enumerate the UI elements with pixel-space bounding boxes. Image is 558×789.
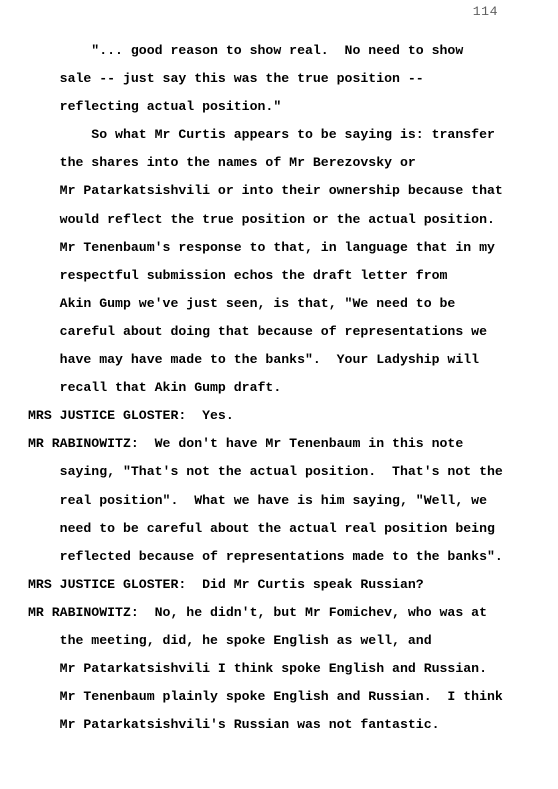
transcript-body: "... good reason to show real. No need t… (28, 37, 558, 739)
transcript-line: reflecting actual position." (28, 93, 558, 121)
transcript-line: Mr Tenenbaum plainly spoke English and R… (28, 683, 558, 711)
transcript-line-speaker: MRS JUSTICE GLOSTER: Yes. (28, 402, 558, 430)
transcript-page: 114 "... good reason to show real. No ne… (0, 0, 558, 789)
transcript-line: need to be careful about the actual real… (28, 515, 558, 543)
transcript-line: reflected because of representations mad… (28, 543, 558, 571)
transcript-line: have may have made to the banks". Your L… (28, 346, 558, 374)
transcript-line-speaker: MR RABINOWITZ: No, he didn't, but Mr Fom… (28, 599, 558, 627)
transcript-line: So what Mr Curtis appears to be saying i… (28, 121, 558, 149)
transcript-line: sale -- just say this was the true posit… (28, 65, 558, 93)
transcript-line: the meeting, did, he spoke English as we… (28, 627, 558, 655)
transcript-line: real position". What we have is him sayi… (28, 487, 558, 515)
transcript-line: careful about doing that because of repr… (28, 318, 558, 346)
transcript-line: Mr Patarkatsishvili I think spoke Englis… (28, 655, 558, 683)
transcript-line: Mr Patarkatsishvili's Russian was not fa… (28, 711, 558, 739)
transcript-line: respectful submission echos the draft le… (28, 262, 558, 290)
transcript-line: Akin Gump we've just seen, is that, "We … (28, 290, 558, 318)
transcript-line-speaker: MRS JUSTICE GLOSTER: Did Mr Curtis speak… (28, 571, 558, 599)
transcript-line: would reflect the true position or the a… (28, 206, 558, 234)
transcript-line: Mr Patarkatsishvili or into their owners… (28, 177, 558, 205)
transcript-line: recall that Akin Gump draft. (28, 374, 558, 402)
transcript-line: saying, "That's not the actual position.… (28, 458, 558, 486)
page-number: 114 (473, 4, 498, 19)
transcript-line: the shares into the names of Mr Berezovs… (28, 149, 558, 177)
transcript-line: Mr Tenenbaum's response to that, in lang… (28, 234, 558, 262)
transcript-line: "... good reason to show real. No need t… (28, 37, 558, 65)
transcript-line-speaker: MR RABINOWITZ: We don't have Mr Tenenbau… (28, 430, 558, 458)
